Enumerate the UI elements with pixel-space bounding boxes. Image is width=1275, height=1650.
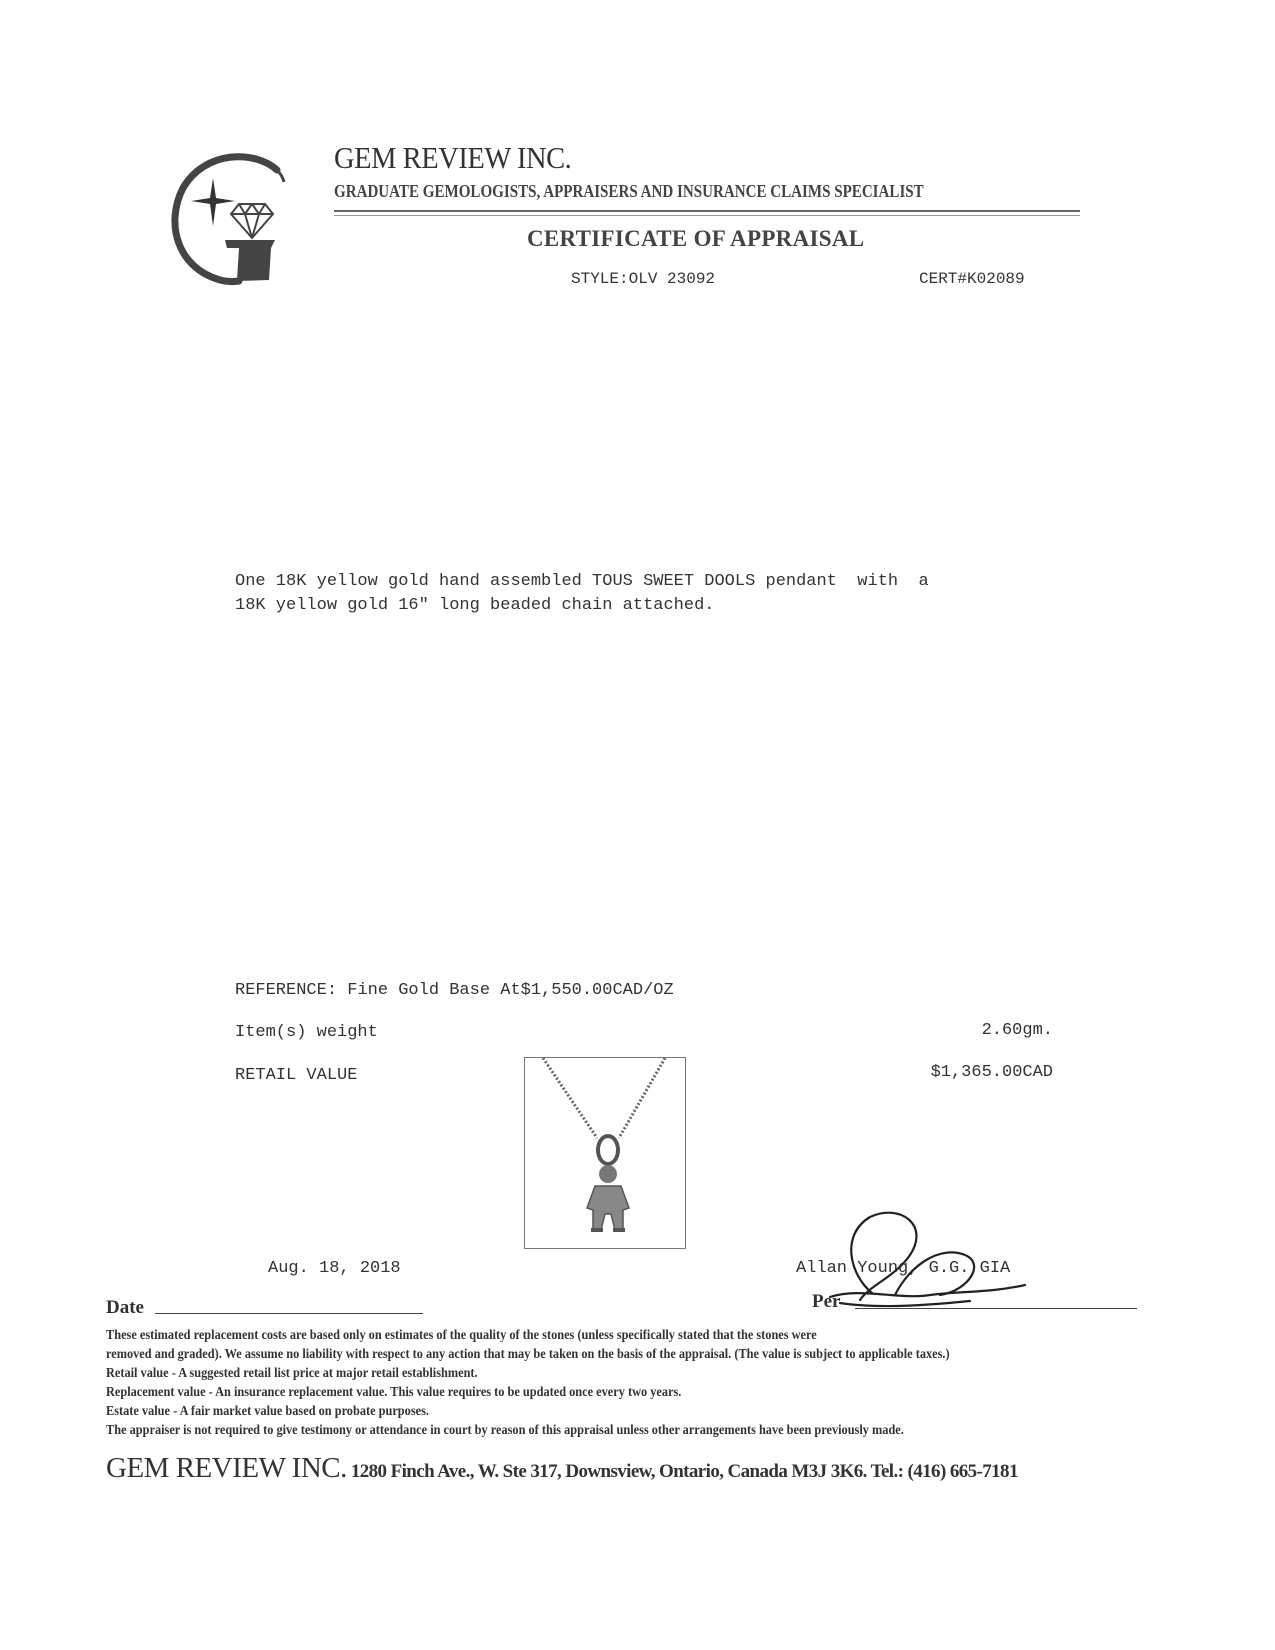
item-description-line-2: 18K yellow gold 16" long beaded chain at… (235, 596, 714, 615)
header-divider-thin (334, 215, 1080, 216)
pendant-photo-icon (525, 1058, 685, 1248)
document-title: CERTIFICATE OF APPRAISAL (527, 226, 864, 252)
footer-address-text: 1280 Finch Ave., W. Ste 317, Downsview, … (351, 1461, 1018, 1482)
disclaimer-line: removed and graded). We assume no liabil… (106, 1345, 1074, 1364)
gem-review-logo-icon (165, 148, 295, 288)
disclaimer-text: These estimated replacement costs are ba… (106, 1326, 1074, 1440)
disclaimer-line: The appraiser is not required to give te… (106, 1421, 1074, 1440)
item-description-line-1: One 18K yellow gold hand assembled TOUS … (235, 572, 929, 591)
footer-company: GEM REVIEW INC. (106, 1452, 347, 1484)
weight-label: Item(s) weight (235, 1023, 378, 1042)
footer-address: GEM REVIEW INC. 1280 Finch Ave., W. Ste … (106, 1452, 1018, 1485)
company-tagline: GRADUATE GEMOLOGISTS, APPRAISERS AND INS… (334, 181, 924, 202)
header-divider (334, 210, 1080, 212)
date-line (155, 1313, 423, 1314)
disclaimer-line: These estimated replacement costs are ba… (106, 1326, 1074, 1345)
signature-icon (800, 1205, 1060, 1315)
style-number: STYLE:OLV 23092 (571, 270, 715, 288)
certificate-number: CERT#K02089 (919, 270, 1025, 288)
retail-value-label: RETAIL VALUE (235, 1066, 357, 1085)
weight-value: 2.60gm. (982, 1021, 1053, 1040)
disclaimer-line: Estate value - A fair market value based… (106, 1402, 1074, 1421)
disclaimer-line: Retail value - A suggested retail list p… (106, 1364, 1074, 1383)
date-label: Date (106, 1297, 144, 1319)
appraisal-date: Aug. 18, 2018 (268, 1259, 401, 1278)
item-photo (524, 1057, 686, 1249)
reference-gold-price: REFERENCE: Fine Gold Base At$1,550.00CAD… (235, 981, 674, 1000)
company-name: GEM REVIEW INC. (334, 140, 571, 176)
disclaimer-line: Replacement value - An insurance replace… (106, 1383, 1074, 1402)
retail-value-amount: $1,365.00CAD (931, 1063, 1053, 1082)
